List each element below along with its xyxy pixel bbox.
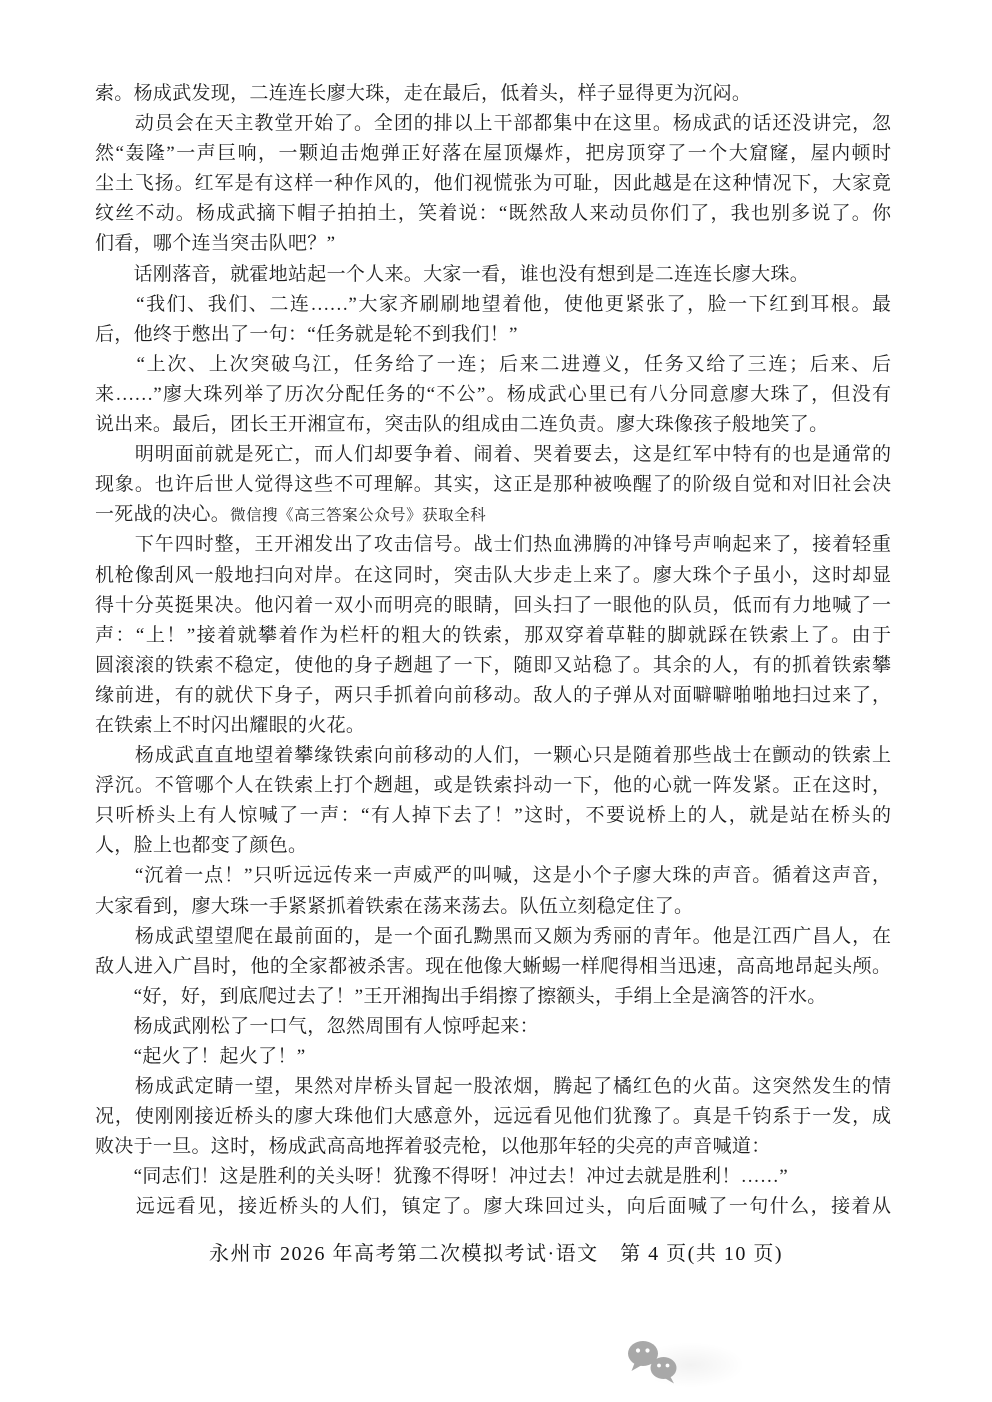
line-text: “上次、上次突破乌江，任务给了一连；后来二进遵义，任务又给了三连；后来、后 xyxy=(95,354,891,375)
text-line: “沉着一点！”只听远远传来一声威严的叫喊，这是小个子廖大珠的声音。循着这声音， xyxy=(95,861,891,891)
line-text: 尘土飞扬。红军是有这样一种作风的，他们视慌张为可耻，因此越是在这种情况下，大家竟 xyxy=(95,173,891,194)
line-text: 机枪像刮风一般地扫向对岸。在这同时，突击队大步走上来了。廖大珠个子虽小，这时却显 xyxy=(95,565,891,586)
text-line: 明明面前就是死亡，而人们却要争着、闹着、哭着要去，这是红军中特有的也是通常的 xyxy=(95,440,891,470)
text-line: 败决于一旦。这时，杨成武高高地挥着驳壳枪，以他那年轻的尖亮的声音喊道： xyxy=(95,1132,891,1162)
line-text: 后，他终于憋出了一句：“任务就是轮不到我们！” xyxy=(95,324,518,345)
line-text: 杨成武刚松了一口气，忽然周围有人惊呼起来： xyxy=(95,1016,539,1037)
text-line: 纹丝不动。杨成武摘下帽子拍拍土，笑着说：“既然敌人来动员你们了，我也别多说了。你 xyxy=(95,199,891,229)
line-text: 动员会在天主教堂开始了。全团的排以上干部都集中在这里。杨成武的话还没讲完，忽 xyxy=(95,113,891,134)
text-line: 动员会在天主教堂开始了。全团的排以上干部都集中在这里。杨成武的话还没讲完，忽 xyxy=(95,109,891,139)
line-text: 杨成武定睛一望，果然对岸桥头冒起一股浓烟，腾起了橘红色的火苗。这突然发生的情 xyxy=(95,1076,891,1097)
exam-paper-page: 索。杨成武发现，二连连长廖大珠，走在最后，低着头，样子显得更为沉闷。 动员会在天… xyxy=(0,0,992,1402)
text-line: 人，脸上也都变了颜色。 xyxy=(95,831,891,861)
line-text: 得十分英挺果决。他闪着一双小而明亮的眼睛，回头扫了一眼他的队员，低而有力地喊了一 xyxy=(95,595,891,616)
text-line: 然“轰隆”一声巨响，一颗迫击炮弹正好落在屋顶爆炸，把房顶穿了一个大窟窿，屋内顿时 xyxy=(95,139,891,169)
text-line: 杨成武直直地望着攀缘铁索向前移动的人们，一颗心只是随着那些战士在颤动的铁索上 xyxy=(95,741,891,771)
line-text: 人，脸上也都变了颜色。 xyxy=(95,835,307,856)
text-line: 杨成武定睛一望，果然对岸桥头冒起一股浓烟，腾起了橘红色的火苗。这突然发生的情 xyxy=(95,1072,891,1102)
text-line: 机枪像刮风一般地扫向对岸。在这同时，突击队大步走上来了。廖大珠个子虽小，这时却显 xyxy=(95,561,891,591)
line-text: 一死战的决心。 xyxy=(95,504,230,525)
text-line: 下午四时整，王开湘发出了攻击信号。战士们热血沸腾的冲锋号声响起来了，接着轻重 xyxy=(95,530,891,560)
line-text: 杨成武望望爬在最前面的，是一个面孔黝黑而又颇为秀丽的青年。他是江西广昌人，在 xyxy=(95,926,891,947)
text-line: 浮沉。不管哪个人在铁索上打个趔趄，或是铁索抖动一下，他的心就一阵发紧。正在这时， xyxy=(95,771,891,801)
line-text: 下午四时整，王开湘发出了攻击信号。战士们热血沸腾的冲锋号声响起来了，接着轻重 xyxy=(95,534,891,555)
line-text: 明明面前就是死亡，而人们却要争着、闹着、哭着要去，这是红军中特有的也是通常的 xyxy=(95,444,891,465)
wechat-icon-svg xyxy=(626,1340,682,1386)
inline-watermark: 微信搜《高三答案公众号》获取全科 xyxy=(230,507,486,524)
line-text: 纹丝不动。杨成武摘下帽子拍拍土，笑着说：“既然敌人来动员你们了，我也别多说了。你 xyxy=(95,203,891,224)
text-line: 们看，哪个连当突击队吧？” xyxy=(95,229,891,259)
text-line: 后，他终于憋出了一句：“任务就是轮不到我们！” xyxy=(95,320,891,350)
text-line: 话刚落音，就霍地站起一个人来。大家一看，谁也没有想到是二连连长廖大珠。 xyxy=(95,260,891,290)
text-line: 况，使刚刚接近桥头的廖大珠他们大感意外，远远看见他们犹豫了。真是千钧系于一发，成 xyxy=(95,1102,891,1132)
text-line: “上次、上次突破乌江，任务给了一连；后来二进遵义，任务又给了三连；后来、后 xyxy=(95,350,891,380)
text-line: 来……”廖大珠列举了历次分配任务的“不公”。杨成武心里已有八分同意廖大珠了，但没… xyxy=(95,380,891,410)
text-line: 远远看见，接近桥头的人们，镇定了。廖大珠回过头，向后面喊了一句什么，接着从 xyxy=(95,1192,891,1222)
line-text: “沉着一点！”只听远远传来一声威严的叫喊，这是小个子廖大珠的声音。循着这声音， xyxy=(95,865,891,886)
text-line: “我们、我们、二连……”大家齐刷刷地望着他，使他更紧张了，脸一下红到耳根。最 xyxy=(95,290,891,320)
line-text: 圆滚滚的铁索不稳定，使他的身子趔趄了一下，随即又站稳了。其余的人，有的抓着铁索攀 xyxy=(95,655,891,676)
text-line: 只听桥头上有人惊喊了一声：“有人掉下去了！”这时，不要说桥上的人，就是站在桥头的 xyxy=(95,801,891,831)
text-line: 圆滚滚的铁索不稳定，使他的身子趔趄了一下，随即又站稳了。其余的人，有的抓着铁索攀 xyxy=(95,651,891,681)
wechat-icon xyxy=(626,1340,682,1386)
line-text: 浮沉。不管哪个人在铁索上打个趔趄，或是铁索抖动一下，他的心就一阵发紧。正在这时， xyxy=(95,775,891,796)
text-line: 一死战的决心。微信搜《高三答案公众号》获取全科 xyxy=(95,500,891,530)
line-text: 大家看到，廖大珠一手紧紧抓着铁索在荡来荡去。队伍立刻稳定住了。 xyxy=(95,896,693,917)
line-text: 况，使刚刚接近桥头的廖大珠他们大感意外，远远看见他们犹豫了。真是千钧系于一发，成 xyxy=(95,1106,891,1127)
text-line: 现象。也许后世人觉得这些不可理解。其实，这正是那种被唤醒了的阶级自觉和对旧社会决 xyxy=(95,470,891,500)
line-text: “起火了！起火了！” xyxy=(95,1046,305,1067)
text-line: 敌人进入广昌时，他的全家都被杀害。现在他像大蜥蜴一样爬得相当迅速，高高地昂起头颅… xyxy=(95,952,891,982)
line-text: 缘前进，有的就伏下身子，两只手抓着向前移动。敌人的子弹从对面噼噼啪啪地扫过来了， xyxy=(95,685,891,706)
text-line: 索。杨成武发现，二连连长廖大珠，走在最后，低着头，样子显得更为沉闷。 xyxy=(95,79,891,109)
text-line: 在铁索上不时闪出耀眼的火花。 xyxy=(95,711,891,741)
line-text: 声：“上！”接着就攀着作为栏杆的粗大的铁索，那双穿着草鞋的脚就踩在铁索上了。由于 xyxy=(95,625,891,646)
page-footer: 永州市 2026 年高考第二次模拟考试·语文 第 4 页(共 10 页) xyxy=(0,1237,992,1266)
line-text: 来……”廖大珠列举了历次分配任务的“不公”。杨成武心里已有八分同意廖大珠了，但没… xyxy=(95,384,891,405)
text-line: 杨成武望望爬在最前面的，是一个面孔黝黑而又颇为秀丽的青年。他是江西广昌人，在 xyxy=(95,922,891,952)
line-text: 杨成武直直地望着攀缘铁索向前移动的人们，一颗心只是随着那些战士在颤动的铁索上 xyxy=(95,745,891,766)
line-text: “我们、我们、二连……”大家齐刷刷地望着他，使他更紧张了，脸一下红到耳根。最 xyxy=(95,294,891,315)
text-line: “同志们！这是胜利的关头呀！犹豫不得呀！冲过去！冲过去就是胜利！……” xyxy=(95,1162,891,1192)
line-text: 只听桥头上有人惊喊了一声：“有人掉下去了！”这时，不要说桥上的人，就是站在桥头的 xyxy=(95,805,891,826)
text-line: 声：“上！”接着就攀着作为栏杆的粗大的铁索，那双穿着草鞋的脚就踩在铁索上了。由于 xyxy=(95,621,891,651)
text-line: “好，好，到底爬过去了！”王开湘掏出手绢擦了擦额头，手绢上全是滴答的汗水。 xyxy=(95,982,891,1012)
text-line: 说出来。最后，团长王开湘宣布，突击队的组成由二连负责。廖大珠像孩子般地笑了。 xyxy=(95,410,891,440)
line-text: 话刚落音，就霍地站起一个人来。大家一看，谁也没有想到是二连连长廖大珠。 xyxy=(95,264,809,285)
line-text: 在铁索上不时闪出耀眼的火花。 xyxy=(95,715,365,736)
line-text: 索。杨成武发现，二连连长廖大珠，走在最后，低着头，样子显得更为沉闷。 xyxy=(95,83,751,104)
line-text: “好，好，到底爬过去了！”王开湘掏出手绢擦了擦额头，手绢上全是滴答的汗水。 xyxy=(95,986,827,1007)
text-block: 索。杨成武发现，二连连长廖大珠，走在最后，低着头，样子显得更为沉闷。 动员会在天… xyxy=(95,79,891,1223)
line-text: 现象。也许后世人觉得这些不可理解。其实，这正是那种被唤醒了的阶级自觉和对旧社会决 xyxy=(95,474,891,495)
line-text: 敌人进入广昌时，他的全家都被杀害。现在他像大蜥蜴一样爬得相当迅速，高高地昂起头颅… xyxy=(95,956,891,977)
text-line: 缘前进，有的就伏下身子，两只手抓着向前移动。敌人的子弹从对面噼噼啪啪地扫过来了， xyxy=(95,681,891,711)
line-text: 然“轰隆”一声巨响，一颗迫击炮弹正好落在屋顶爆炸，把房顶穿了一个大窟窿，屋内顿时 xyxy=(95,143,891,164)
line-text: 败决于一旦。这时，杨成武高高地挥着驳壳枪，以他那年轻的尖亮的声音喊道： xyxy=(95,1136,771,1157)
line-text: 们看，哪个连当突击队吧？” xyxy=(95,233,335,254)
text-line: 杨成武刚松了一口气，忽然周围有人惊呼起来： xyxy=(95,1012,891,1042)
line-text: “同志们！这是胜利的关头呀！犹豫不得呀！冲过去！冲过去就是胜利！……” xyxy=(95,1166,788,1187)
text-line: 大家看到，廖大珠一手紧紧抓着铁索在荡来荡去。队伍立刻稳定住了。 xyxy=(95,892,891,922)
line-text: 说出来。最后，团长王开湘宣布，突击队的组成由二连负责。廖大珠像孩子般地笑了。 xyxy=(95,414,828,435)
text-line: “起火了！起火了！” xyxy=(95,1042,891,1072)
text-line: 得十分英挺果决。他闪着一双小而明亮的眼睛，回头扫了一眼他的队员，低而有力地喊了一 xyxy=(95,591,891,621)
line-text: 远远看见，接近桥头的人们，镇定了。廖大珠回过头，向后面喊了一句什么，接着从 xyxy=(95,1196,891,1217)
text-line: 尘土飞扬。红军是有这样一种作风的，他们视慌张为可耻，因此越是在这种情况下，大家竟 xyxy=(95,169,891,199)
